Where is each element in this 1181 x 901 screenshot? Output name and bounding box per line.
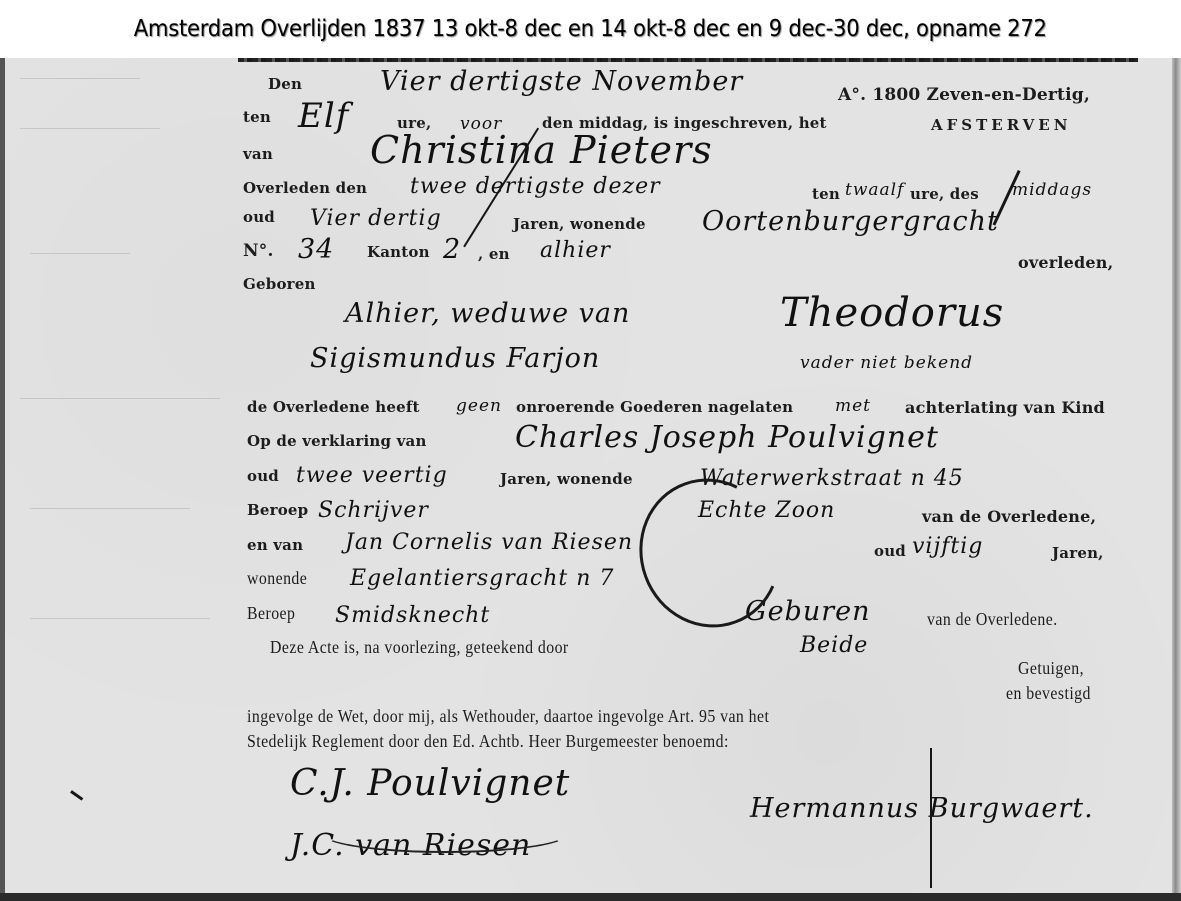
label-ure-des: ure, des [910,185,979,203]
label-van-de-overledene: van de Overledene, [922,507,1096,526]
handwritten-parents-note: vader niet bekend [800,353,973,373]
handwritten-age: Vier dertig [310,206,442,231]
handwritten-hour: Elf [298,96,349,136]
bleed-through [20,128,160,129]
page-edge-bottom [0,893,1181,901]
label-oud: oud [243,208,275,226]
handwritten-residence: Oortenburgergracht [702,206,999,237]
label-deze-acte: Deze Acte is, na voorlezing, geteekend d… [270,637,569,658]
document-scan: Den Vier dertigste November A°. 1800 Zev… [0,58,1181,901]
signature-wethouder: Hermannus Burgwaert. [750,793,1094,824]
handwritten-spouse-rest: Sigismundus Farjon [310,343,600,374]
label-no: N°. [243,241,274,261]
bleed-through [20,78,140,79]
label-jaren-3: Jaren, [1052,544,1104,562]
label-stedelijk: Stedelijk Reglement door den Ed. Achtb. … [247,731,729,752]
handwritten-date: Vier dertigste November [380,66,743,97]
label-getuigen: Getuigen, [1018,658,1084,679]
handwritten-witness2-occupation: Smidsknecht [335,603,490,628]
label-en-van: en van [247,536,303,554]
signature-witness-1: C.J. Poulvignet [290,763,570,804]
bleed-through [30,508,190,509]
label-jaren-wonende-2: Jaren, wonende [500,470,633,488]
label-van: van [243,145,273,163]
handwritten-property-2: met [835,396,871,416]
label-jaren-wonende: Jaren, wonende [513,215,646,233]
label-achterlating: achterlating van Kind [905,398,1105,417]
ink-blot [70,789,84,800]
bleed-through [30,618,210,619]
label-beroep: Beroep [247,501,308,519]
handwritten-house-no: 34 [298,234,334,265]
title-bar: Amsterdam Overlijden 1837 13 okt-8 dec e… [0,0,1181,58]
label-en: , en [478,245,510,263]
handwritten-kanton-no: 2 [443,234,461,265]
handwritten-witness2-residence: Egelantiersgracht n 7 [350,566,614,591]
label-wonende: wonende [247,568,307,589]
label-overleden: overleden, [1018,253,1113,272]
handwritten-birthplace: Alhier, weduwe van [345,298,630,329]
label-en-bevestigd: en bevestigd [1006,683,1091,704]
handwritten-witness1-name: Charles Joseph Poulvignet [515,420,939,455]
label-year: A°. 1800 Zeven-en-Dertig, [838,85,1090,105]
label-kanton: Kanton [367,243,430,261]
label-oud-2: oud [247,467,279,485]
handwritten-spouse-first: Theodorus [780,290,1004,336]
label-van-de-overledene-2: van de Overledene. [927,609,1058,630]
handwritten-property: geen [456,396,502,416]
label-overledene-heeft: de Overledene heeft [247,398,420,416]
handwritten-death-date: twee dertigste dezer [410,174,661,199]
page-edge-left [0,58,5,901]
handwritten-civil-status: alhier [540,238,611,263]
bleed-through [20,398,220,399]
top-border-rule [238,58,1138,62]
handwritten-signed-note: Beide [800,633,868,658]
handwritten-witness2-age: vijftig [912,534,983,559]
label-afsterven: AFSTERVEN [931,116,1071,134]
handwritten-witness2-name: Jan Cornelis van Riesen [345,530,633,555]
label-op-de-verklaring: Op de verklaring van [247,432,427,450]
label-ingevolge: ingevolge de Wet, door mij, als Wethoude… [247,706,769,727]
page-title: Amsterdam Overlijden 1837 13 okt-8 dec e… [134,16,1047,42]
bleed-through [30,253,130,254]
handwritten-deceased-name: Christina Pieters [370,128,713,172]
page-fold-right [1172,58,1181,901]
label-beroep-2: Beroep [247,603,295,624]
handwritten-witness1-occupation: Schrijver [318,498,429,523]
label-overleden-den: Overleden den [243,179,367,197]
pen-flourish [320,813,570,853]
handwritten-death-hour: twaalf [845,180,904,200]
label-den: Den [268,75,302,93]
label-onroerende: onroerende Goederen nagelaten [516,398,793,416]
pen-flourish [930,748,933,888]
label-ten: ten [243,108,271,126]
handwritten-witness1-age: twee veertig [296,463,448,488]
label-oud-3: oud [874,542,906,560]
label-ten-2: ten [812,185,840,203]
handwritten-death-period: middags [1012,180,1092,200]
label-geboren: Geboren [243,275,316,293]
